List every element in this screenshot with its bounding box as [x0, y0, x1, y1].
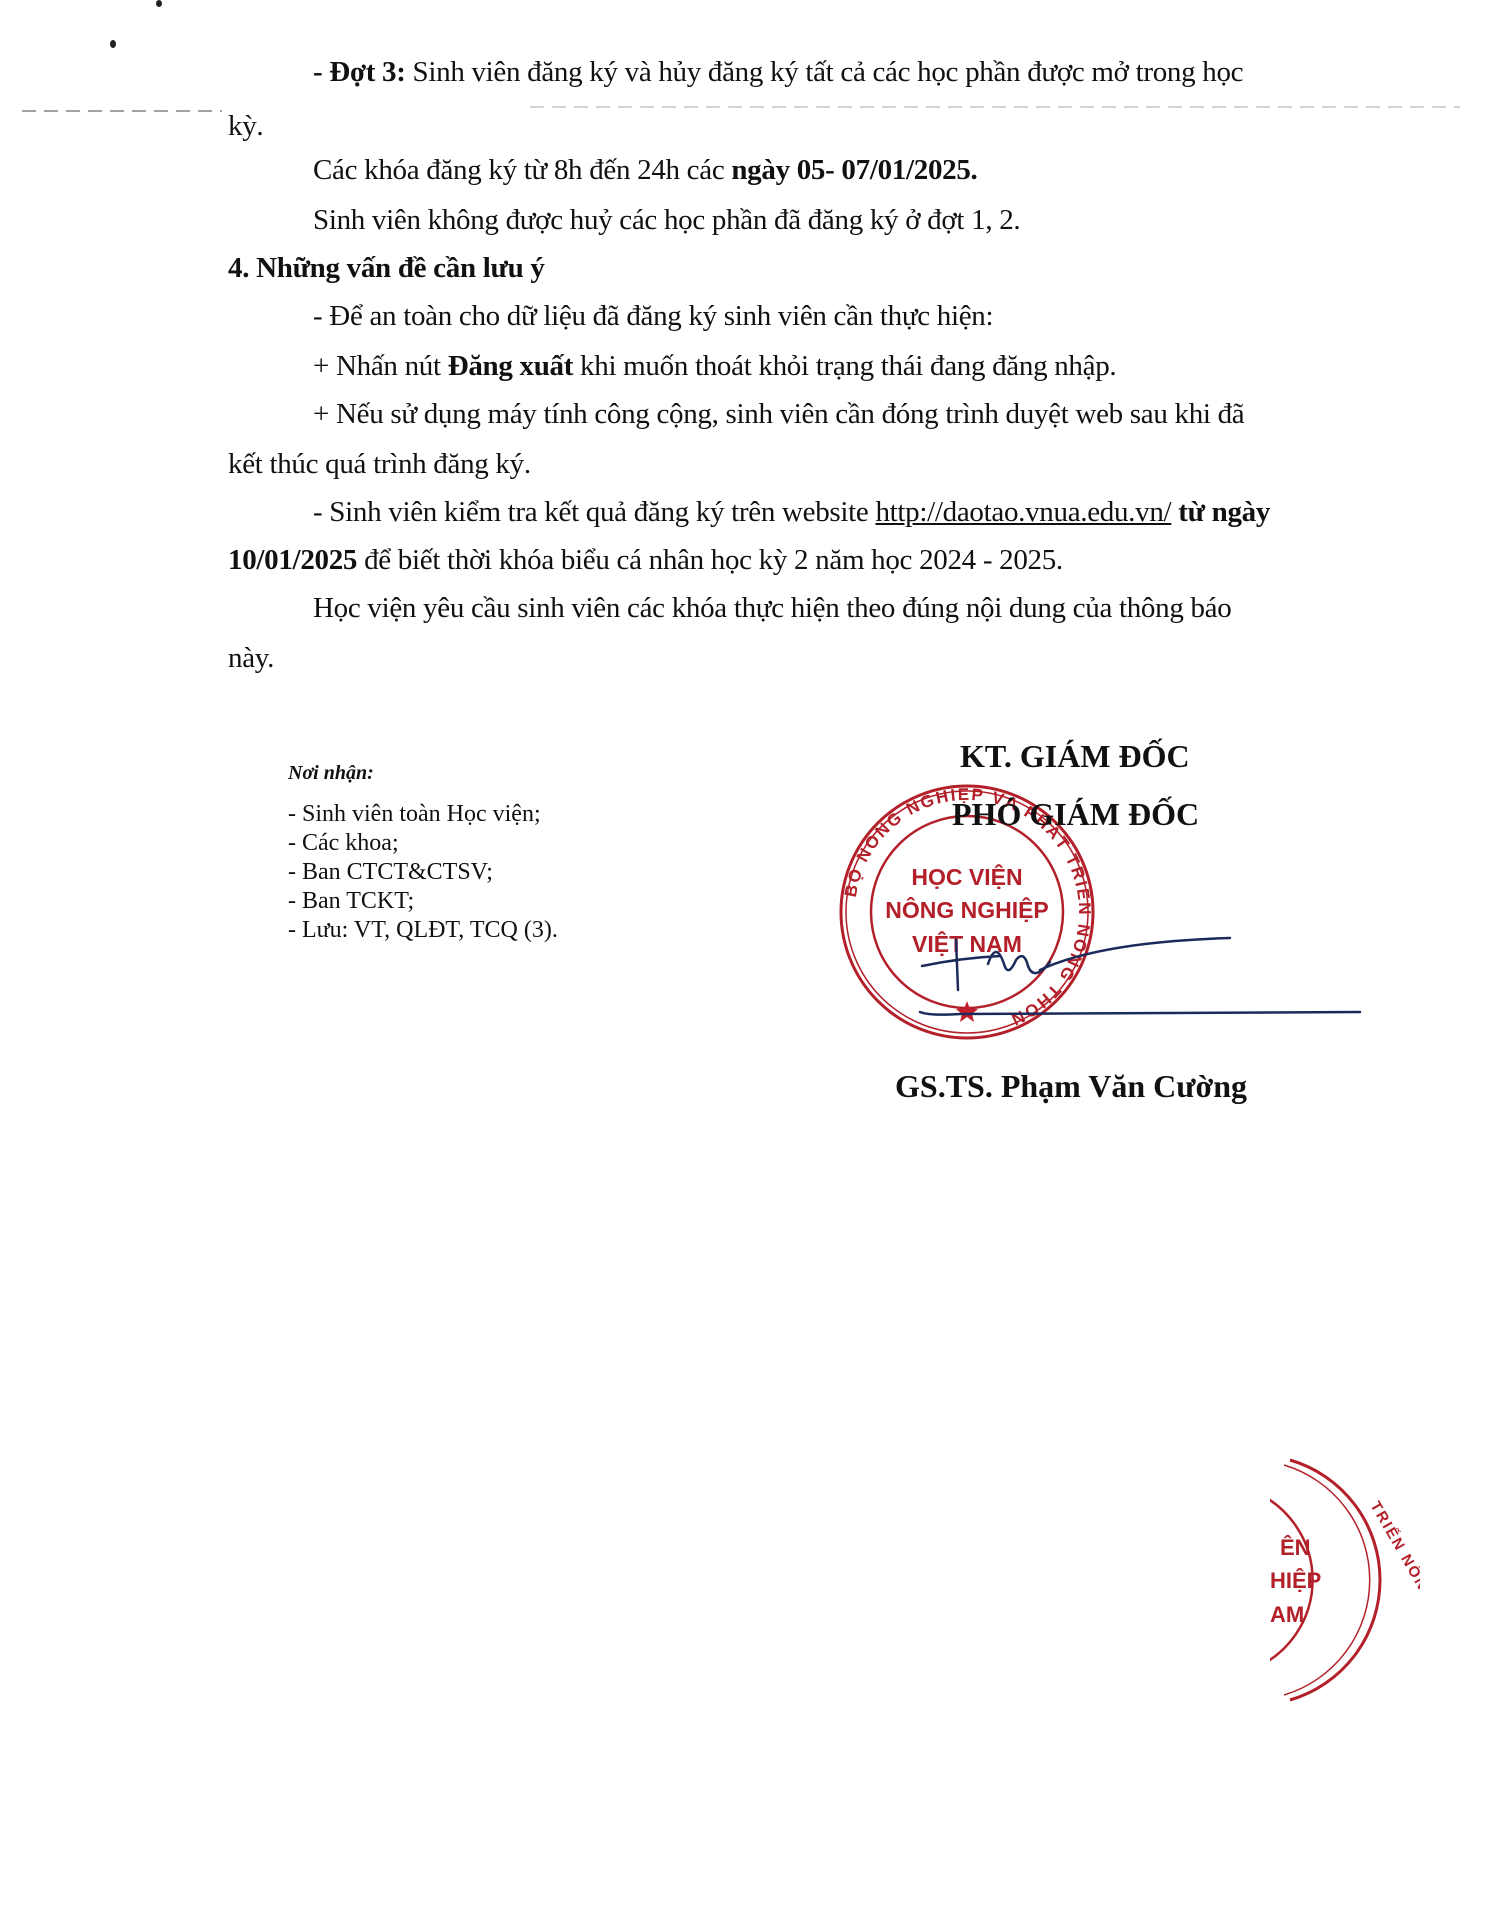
section4-heading: 4. Những vấn đề cần lưu ý — [228, 250, 545, 286]
signature-title-2: PHÓ GIÁM ĐỐC — [952, 796, 1199, 833]
handwritten-signature — [900, 920, 1370, 1020]
recipient-item: - Lưu: VT, QLĐT, TCQ (3). — [288, 916, 558, 945]
no-cancel-line: Sinh viên không được huỷ các học phần đã… — [313, 202, 1020, 238]
logout-line: + Nhấn nút Đăng xuất khi muốn thoát khỏi… — [313, 348, 1116, 384]
partial-stamp: ÊN HIỆP AM TRIỂN NÔNG THÔN — [1270, 1455, 1420, 1705]
recipient-item: - Các khoa; — [288, 829, 558, 858]
schedule-line: Các khóa đăng ký từ 8h đến 24h các ngày … — [313, 152, 978, 188]
training-website-link[interactable]: http://daotao.vnua.edu.vn/ — [875, 496, 1171, 528]
public-pc-line: + Nếu sử dụng máy tính công cộng, sinh v… — [313, 396, 1244, 432]
recipients-list: - Sinh viên toàn Học viện; - Các khoa; -… — [288, 800, 558, 945]
safety-intro: - Để an toàn cho dữ liệu đã đăng ký sinh… — [313, 298, 993, 334]
public-pc-line-cont: kết thúc quá trình đăng ký. — [228, 446, 531, 482]
closing-line: Học viện yêu cầu sinh viên các khóa thực… — [313, 590, 1231, 626]
scan-artifact-line — [22, 110, 222, 112]
stamp-line2: NÔNG NGHIỆP — [885, 896, 1049, 923]
schedule-dates: ngày 05- 07/01/2025. — [731, 154, 977, 186]
recipient-item: - Ban CTCT&CTSV; — [288, 858, 558, 887]
stamp-line1: HỌC VIỆN — [911, 863, 1022, 890]
partial-stamp-line1: ÊN — [1280, 1535, 1311, 1560]
check-date: 10/01/2025 — [228, 544, 357, 576]
check-result-line: - Sinh viên kiểm tra kết quả đăng ký trê… — [313, 494, 1270, 530]
check-result-line-cont: 10/01/2025 để biết thời khóa biểu cá nhâ… — [228, 542, 1063, 578]
closing-line-cont: này. — [228, 640, 274, 676]
dot3-label: - Đợt 3: — [313, 56, 406, 88]
scan-artifact-line — [530, 106, 1460, 108]
recipient-item: - Sinh viên toàn Học viện; — [288, 800, 558, 829]
dot3-line-cont: kỳ. — [228, 108, 263, 144]
scan-speck — [110, 40, 116, 48]
partial-stamp-outer-text: TRIỂN NÔNG THÔN — [1367, 1498, 1420, 1655]
signature-title-1: KT. GIÁM ĐỐC — [960, 738, 1190, 775]
recipients-title: Nơi nhận: — [288, 762, 374, 785]
dot3-line: - Đợt 3: Sinh viên đăng ký và hủy đăng k… — [313, 54, 1243, 90]
dot3-text: Sinh viên đăng ký và hủy đăng ký tất cả … — [406, 56, 1244, 88]
partial-stamp-line2: HIỆP — [1270, 1568, 1321, 1593]
partial-stamp-line3: AM — [1270, 1602, 1304, 1627]
scan-speck — [156, 0, 162, 7]
signer-name: GS.TS. Phạm Văn Cường — [895, 1068, 1247, 1105]
logout-button-text: Đăng xuất — [448, 350, 573, 382]
recipient-item: - Ban TCKT; — [288, 887, 558, 916]
